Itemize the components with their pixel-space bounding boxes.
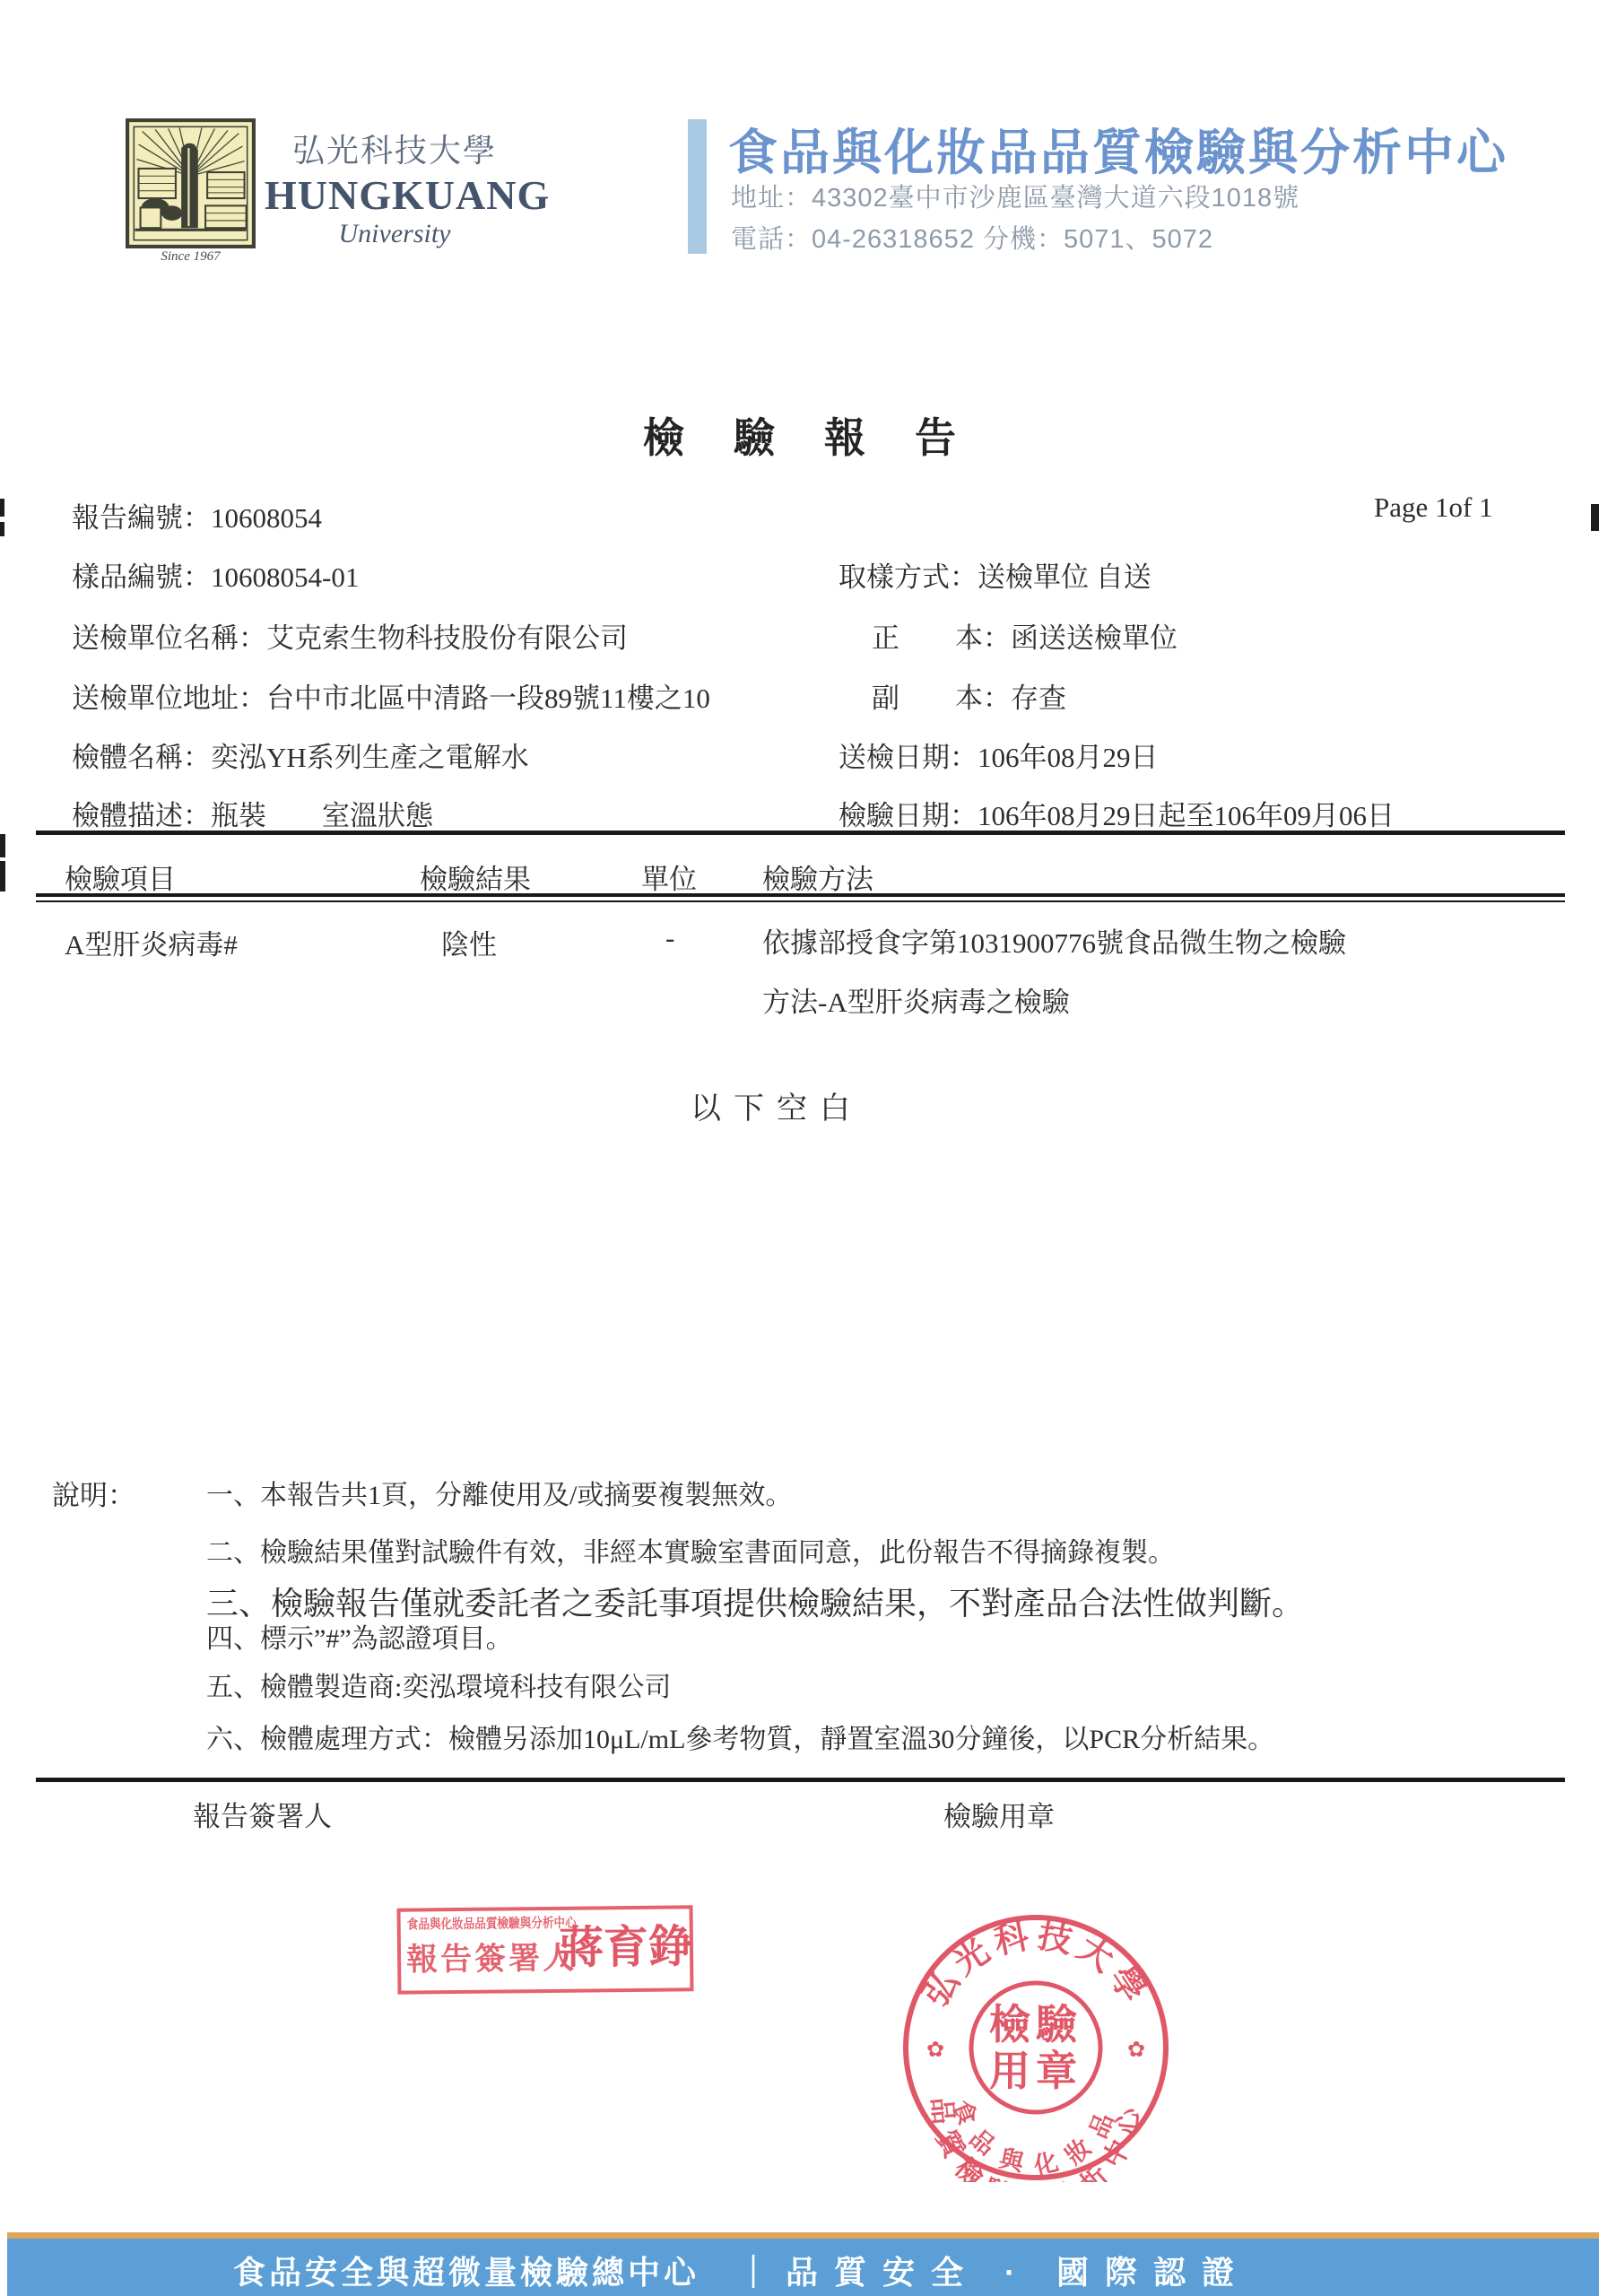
- university-name-zh: 弘光科技大學: [265, 126, 525, 171]
- scan-artifact: [0, 499, 4, 517]
- footer-right-text: 品質安全 · 國際認證: [786, 2248, 1250, 2293]
- footer-orange-rule: [7, 2232, 1599, 2239]
- scan-artifact: [1591, 504, 1599, 531]
- seal-center-line1: 檢驗: [989, 2002, 1082, 2048]
- cell-method-line2: 方法-A型肝炎病毒之檢驗: [762, 979, 1070, 1020]
- note-2: 二、檢驗結果僅對試驗件有效，非經本實驗室書面同意，此份報告不得摘錄複製。: [206, 1530, 1175, 1570]
- sampling-method: 取樣方式：送檢單位 自送: [839, 554, 1151, 595]
- cell-method-line1: 依據部授食字第1031900776號食品微生物之檢驗: [762, 920, 1346, 961]
- table-top-rule: [36, 831, 1565, 835]
- note-5: 五、檢體製造商:奕泓環境科技有限公司: [206, 1665, 671, 1704]
- sample-desc: 檢體描述：瓶裝 室溫狀態: [72, 793, 433, 833]
- note-1: 一、本報告共1頁，分離使用及/或摘要複製無效。: [206, 1473, 792, 1512]
- blank-below-note: 以下空白: [691, 1083, 863, 1127]
- scan-artifact: [0, 522, 4, 536]
- header-rule-thick: [36, 893, 1565, 897]
- original-copy: 正 本：函送送檢單位: [872, 615, 1178, 656]
- report-page: Since 1967 弘光科技大學 HUNGKUANG University 食…: [0, 0, 1599, 2296]
- page-label: Page 1of 1: [1374, 491, 1493, 524]
- received-date: 送檢日期：106年08月29日: [839, 735, 1159, 775]
- note-4: 四、標示”#”為認證項目。: [206, 1616, 513, 1656]
- test-date: 檢驗日期：106年08月29日起至106年09月06日: [839, 793, 1395, 833]
- university-name-en: HUNGKUANG: [265, 171, 525, 219]
- svg-text:弘光科技大學: 弘光科技大學: [917, 1917, 1155, 2013]
- client-address: 送檢單位地址：台中市北區中清路一段89號11樓之10: [72, 675, 710, 716]
- footer-separator: ｜: [737, 2248, 769, 2293]
- sample-no: 樣品編號：10608054-01: [72, 554, 359, 595]
- center-phone: 電話：04-26318652 分機：5071、5072: [731, 219, 1213, 256]
- seal-flower-left-icon: ✿: [926, 2039, 944, 2062]
- report-title: 檢驗報告: [0, 405, 1599, 465]
- cell-result: 陰性: [441, 922, 497, 962]
- cell-unit: -: [665, 922, 674, 954]
- inspection-seal-stamp: 弘光科技大學 品質檢驗與分析中心 食品與化妝品 ✿ ✿ 檢驗 用章: [901, 1913, 1170, 2182]
- col-header-unit: 單位: [641, 857, 697, 897]
- seal-center-line2: 用章: [989, 2048, 1082, 2094]
- col-header-result: 檢驗結果: [420, 857, 531, 897]
- university-logo: [126, 118, 256, 248]
- scan-artifact: [0, 834, 5, 857]
- col-header-item: 檢驗項目: [65, 857, 176, 897]
- duplicate-copy: 副 本：存查: [872, 675, 1066, 716]
- signer-stamp-name: 蔣育錚: [559, 1910, 694, 1977]
- center-address: 地址：43302臺中市沙鹿區臺灣大道六段1018號: [731, 178, 1299, 214]
- university-name-block: 弘光科技大學 HUNGKUANG University: [265, 126, 525, 249]
- report-no: 報告編號：10608054: [72, 495, 322, 535]
- center-name: 食品與化妝品品質檢驗與分析中心: [728, 113, 1508, 184]
- seal-arc-top-text: 弘光科技大學: [917, 1917, 1155, 2013]
- signer-stamp: 食品與化妝品品質檢驗與分析中心 報告簽署人 蔣育錚: [397, 1905, 694, 1994]
- seal-flower-right-icon: ✿: [1127, 2039, 1145, 2062]
- sample-name: 檢體名稱：奕泓YH系列生產之電解水: [72, 735, 529, 775]
- col-header-method: 檢驗方法: [762, 857, 873, 897]
- seal-label: 檢驗用章: [943, 1794, 1055, 1834]
- cell-item: A型肝炎病毒#: [65, 922, 238, 962]
- client-name: 送檢單位名稱：艾克索生物科技股份有限公司: [72, 615, 628, 656]
- scan-artifact: [0, 861, 5, 891]
- header-divider-bar: [688, 119, 707, 254]
- header-rule-thin: [36, 900, 1565, 902]
- university-name-sub: University: [265, 219, 525, 249]
- signature-rule: [36, 1778, 1565, 1782]
- note-6: 六、檢體處理方式：檢體另添加10μL/mL參考物質，靜置室溫30分鐘後，以PCR…: [206, 1717, 1274, 1756]
- notes-label: 說明：: [52, 1473, 135, 1513]
- logo-since-caption: Since 1967: [126, 249, 256, 265]
- footer-left-text: 食品安全與超微量檢驗總中心: [233, 2248, 700, 2293]
- signer-label: 報告簽署人: [193, 1794, 332, 1834]
- signer-stamp-role: 報告簽署人: [406, 1934, 578, 1980]
- signer-stamp-center-name: 食品與化妝品品質檢驗與分析中心: [407, 1913, 577, 1934]
